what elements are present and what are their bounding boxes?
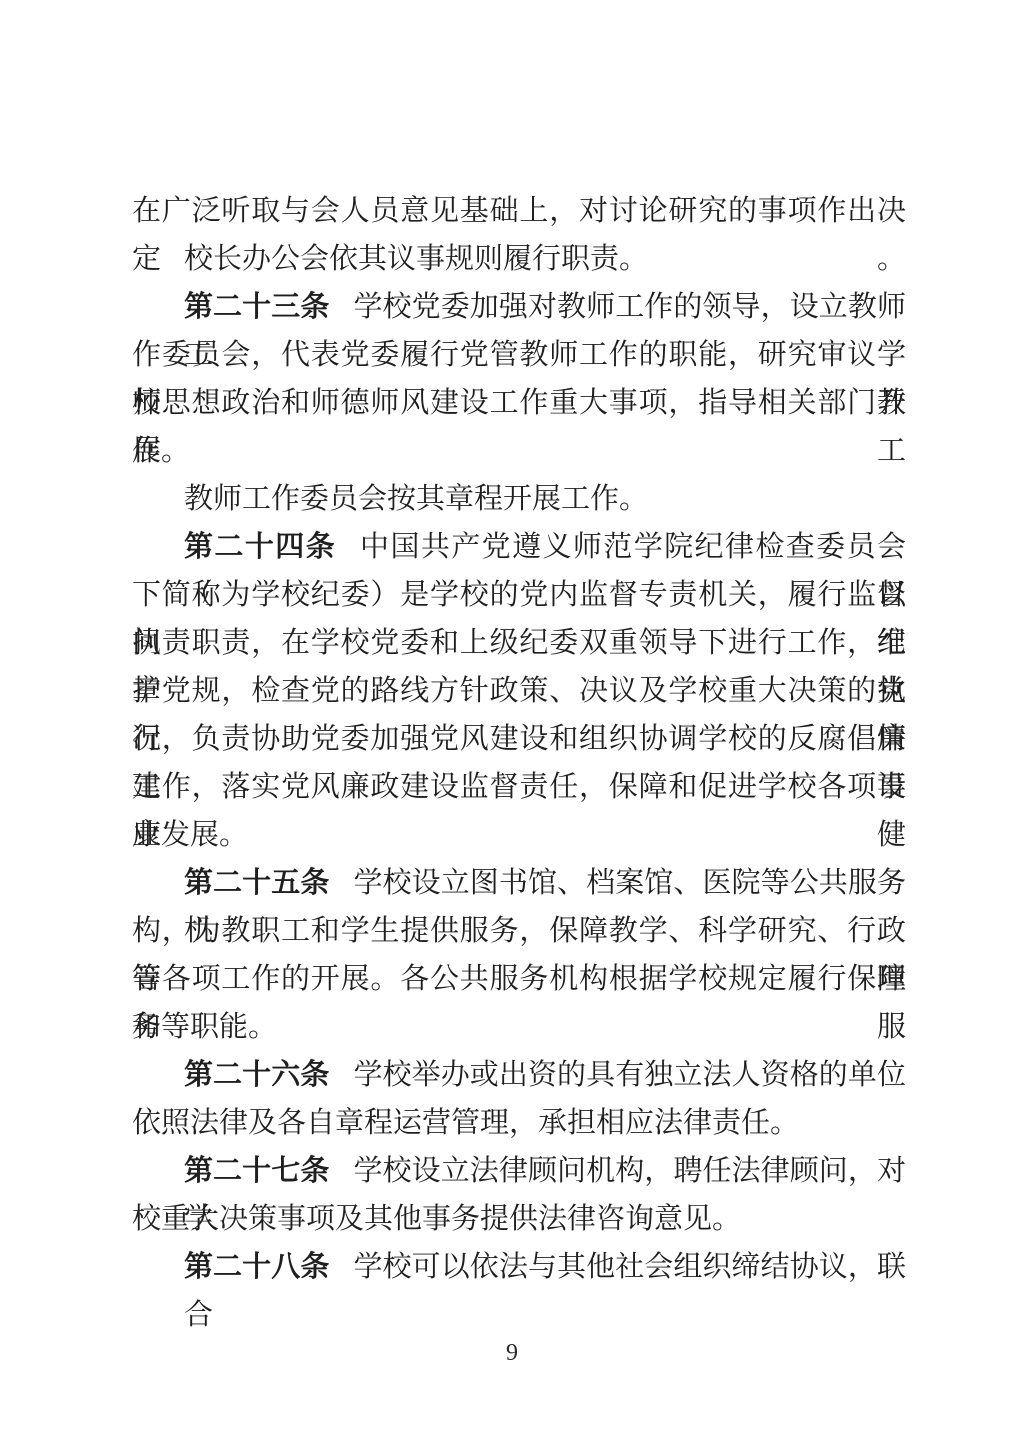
text-line: 师思想政治和师德师风建设工作重大事项，指导相关部门开展工 [132, 379, 906, 427]
text-line: 构，为教职工和学生提供服务，保障教学、科学研究、行政管理 [132, 907, 906, 955]
text-line: 教师工作委员会按其章程开展工作。 [132, 475, 906, 523]
text-line: 第二十七条学校设立法律顾问机构，聘任法律顾问，对学 [132, 1147, 906, 1195]
article-number: 第二十三条 [184, 291, 329, 323]
text-line: 依照法律及各自章程运营管理，承担相应法律责任。 [132, 1099, 906, 1147]
text-line: 第二十四条中国共产党遵义师范学院纪律检查委员会（以 [132, 523, 906, 571]
text-line: 工作，落实党风廉政建设监督责任，保障和促进学校各项事业健 [132, 763, 906, 811]
article-number: 第二十四条 [184, 531, 336, 563]
text-line: 等各项工作的开展。各公共服务机构根据学校规定履行保障和服 [132, 955, 906, 1003]
page-number: 9 [0, 1338, 1024, 1368]
article-number: 第二十五条 [184, 867, 329, 899]
text-line: 作委员会，代表党委履行党管教师工作的职能，研究审议学校教 [132, 331, 906, 379]
article-number: 第二十八条 [184, 1251, 329, 1283]
text-line: 在广泛听取与会人员意见基础上，对讨论研究的事项作出决定。 [132, 187, 906, 235]
document-page: 在广泛听取与会人员意见基础上，对讨论研究的事项作出决定。校长办公会依其议事规则履… [0, 0, 1024, 1448]
text-line: 第二十八条学校可以依法与其他社会组织缔结协议，联合 [132, 1243, 906, 1291]
text-line: 校重大决策事项及其他事务提供法律咨询意见。 [132, 1195, 906, 1243]
text-line: 第二十三条学校党委加强对教师工作的领导，设立教师工 [132, 283, 906, 331]
text-line: 况，负责协助党委加强党风建设和组织协调学校的反腐倡廉建设 [132, 715, 906, 763]
text-line: 章党规，检查党的路线方针政策、决议及学校重大决策的执行情 [132, 667, 906, 715]
article-number: 第二十七条 [184, 1155, 329, 1187]
text-line: 问责职责，在学校党委和上级纪委双重领导下进行工作，维护党 [132, 619, 906, 667]
text-line: 第二十五条学校设立图书馆、档案馆、医院等公共服务机 [132, 859, 906, 907]
document-body-text: 在广泛听取与会人员意见基础上，对讨论研究的事项作出决定。校长办公会依其议事规则履… [132, 187, 906, 1291]
text-line: 第二十六条学校举办或出资的具有独立法人资格的单位 [132, 1051, 906, 1099]
article-number: 第二十六条 [184, 1059, 329, 1091]
text-line: 下简称为学校纪委）是学校的党内监督专责机关，履行监督执纪 [132, 571, 906, 619]
